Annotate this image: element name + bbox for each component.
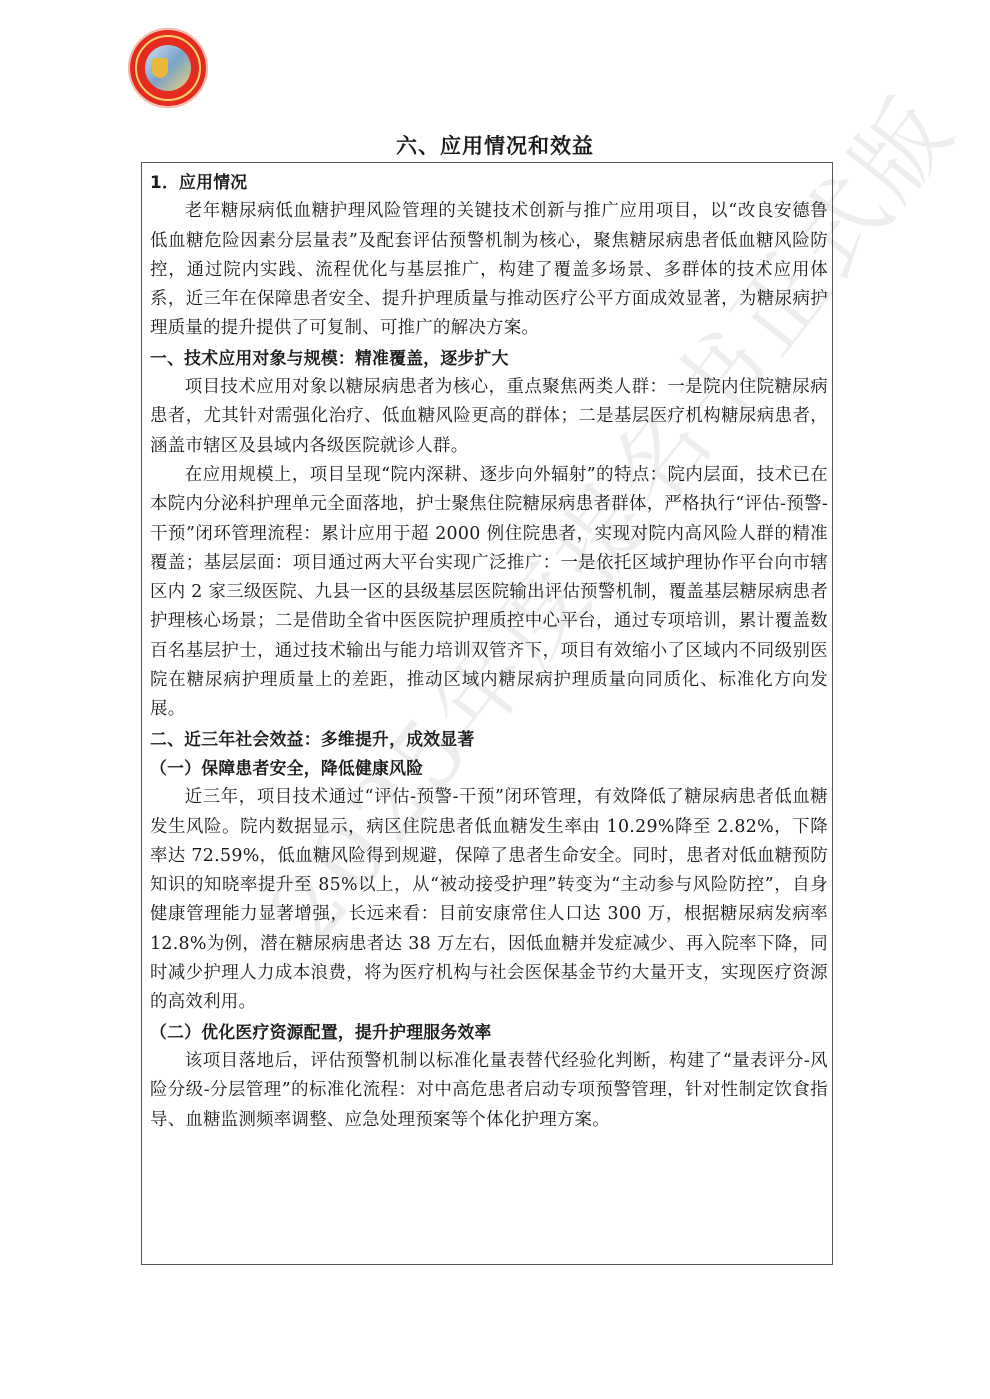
trophy-icon	[152, 58, 168, 78]
paragraph-application-targets: 项目技术应用对象以糖尿病患者为核心，重点聚焦两类人群：一是院内住院糖尿病患者，尤…	[150, 373, 828, 461]
section-heading-application: 1．应用情况	[150, 168, 828, 197]
heading-social-benefits: 二、近三年社会效益：多维提升，成效显著	[150, 725, 828, 754]
subheading-patient-safety: （一）保障患者安全，降低健康风险	[150, 754, 828, 783]
subheading-resource-allocation: （二）优化医疗资源配置，提升护理服务效率	[150, 1018, 828, 1047]
heading-tech-application: 一、技术应用对象与规模：精准覆盖，逐步扩大	[150, 344, 828, 373]
paragraph-application-scale: 在应用规模上，项目呈现“院内深耕、逐步向外辐射”的特点：院内层面，技术已在本院内…	[150, 461, 828, 725]
page-title: 六、应用情况和效益	[0, 130, 990, 160]
official-seal-icon	[128, 28, 208, 108]
document-body: 1．应用情况 老年糖尿病低血糖护理风险管理的关键技术创新与推广应用项目，以“改良…	[150, 168, 828, 1135]
paragraph-intro: 老年糖尿病低血糖护理风险管理的关键技术创新与推广应用项目，以“改良安德鲁低血糖危…	[150, 197, 828, 343]
paragraph-resource-allocation: 该项目落地后，评估预警机制以标准化量表替代经验化判断，构建了“量表评分-风险分级…	[150, 1047, 828, 1135]
paragraph-patient-safety: 近三年，项目技术通过“评估-预警-干预”闭环管理，有效降低了糖尿病患者低血糖发生…	[150, 783, 828, 1017]
